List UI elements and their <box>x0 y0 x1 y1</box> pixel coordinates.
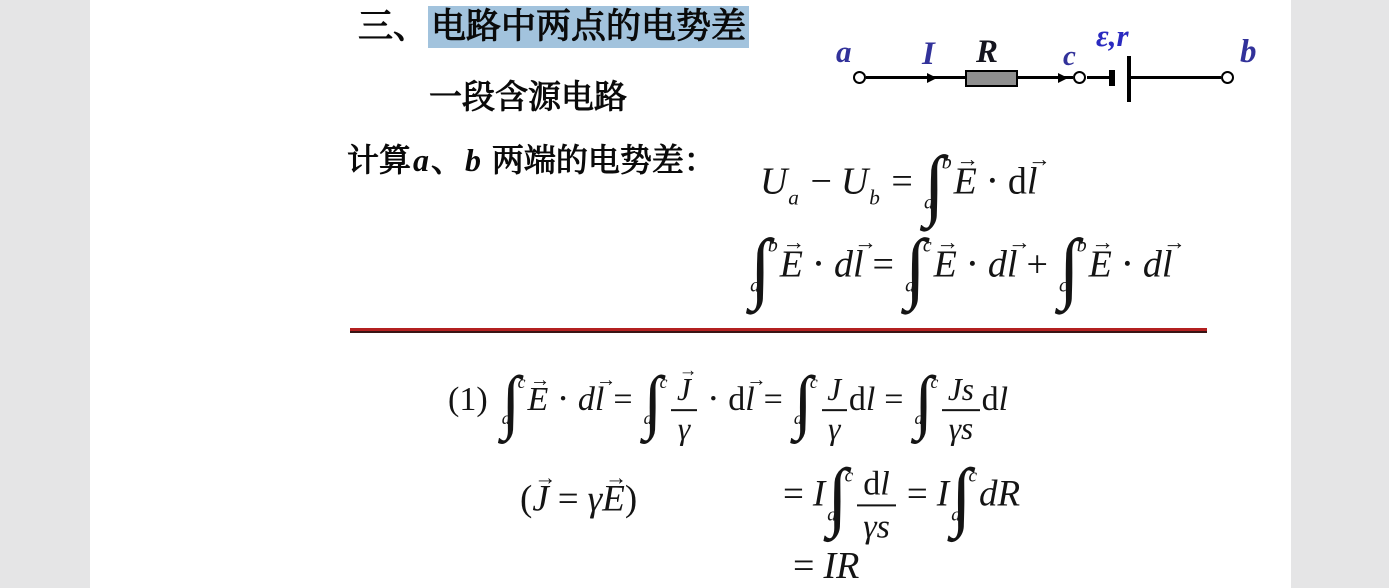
slide-page: 三、电路中两点的电势差 一段含源电路 计算a、b 两端的电势差： a I R c… <box>90 0 1291 588</box>
current-arrow-icon <box>927 73 937 83</box>
battery-positive-plate-icon <box>1127 56 1131 102</box>
red-divider-line <box>350 328 1207 333</box>
node-a-terminal-icon <box>853 71 866 84</box>
prompt-part: 计算 <box>347 142 411 178</box>
battery-negative-plate-icon <box>1109 70 1115 86</box>
emf-label: ε,r <box>1096 20 1129 51</box>
prompt-var-b: b <box>463 142 483 178</box>
node-c-terminal-icon <box>1073 71 1086 84</box>
slide-stage: 三、电路中两点的电势差 一段含源电路 计算a、b 两端的电势差： a I R c… <box>0 0 1389 588</box>
node-b-label: b <box>1240 36 1257 69</box>
formula-path-split: ∫ba→E⋅d→l=∫ca→E⋅d→l+∫bc→E⋅d→l <box>748 235 1172 302</box>
prompt-part: 、 <box>431 142 463 178</box>
subtitle: 一段含源电路 <box>429 78 627 116</box>
formula-result: =IR <box>784 547 859 585</box>
wire-battery-to-b <box>1131 76 1221 79</box>
prompt-part: 两端的电势差： <box>483 142 716 178</box>
prompt-var-a: a <box>411 142 431 178</box>
wire-a-to-resistor <box>866 76 966 79</box>
formula-step2: =I∫cadlγs=I∫cadR <box>774 449 1020 544</box>
prompt-text: 计算a、b 两端的电势差： <box>347 142 716 179</box>
title-prefix: 三、 <box>358 7 428 46</box>
node-b-terminal-icon <box>1221 71 1234 84</box>
resistor-label: R <box>976 36 998 69</box>
page-title: 三、电路中两点的电势差 <box>358 7 749 47</box>
title-highlight: 电路中两点的电势差 <box>428 6 749 48</box>
node-a-label: a <box>836 36 852 67</box>
formula-ohm-local: (→J=γ→E) <box>520 481 637 518</box>
formula-step1: (1)∫ca→E⋅d→l=∫ca→Jγ⋅d→l=∫caJγdl=∫caJsγsd… <box>448 358 1008 446</box>
resistor-box-icon <box>965 70 1018 87</box>
current-arrow-icon <box>1058 73 1068 83</box>
formula-potential-difference: Ua−Ub=∫ba→E⋅d→l <box>760 152 1037 219</box>
circuit-diagram: a I R c ε,r b <box>830 18 1290 128</box>
wire-c-to-battery <box>1087 76 1109 79</box>
current-label: I <box>922 38 935 71</box>
node-c-label: c <box>1063 42 1076 71</box>
